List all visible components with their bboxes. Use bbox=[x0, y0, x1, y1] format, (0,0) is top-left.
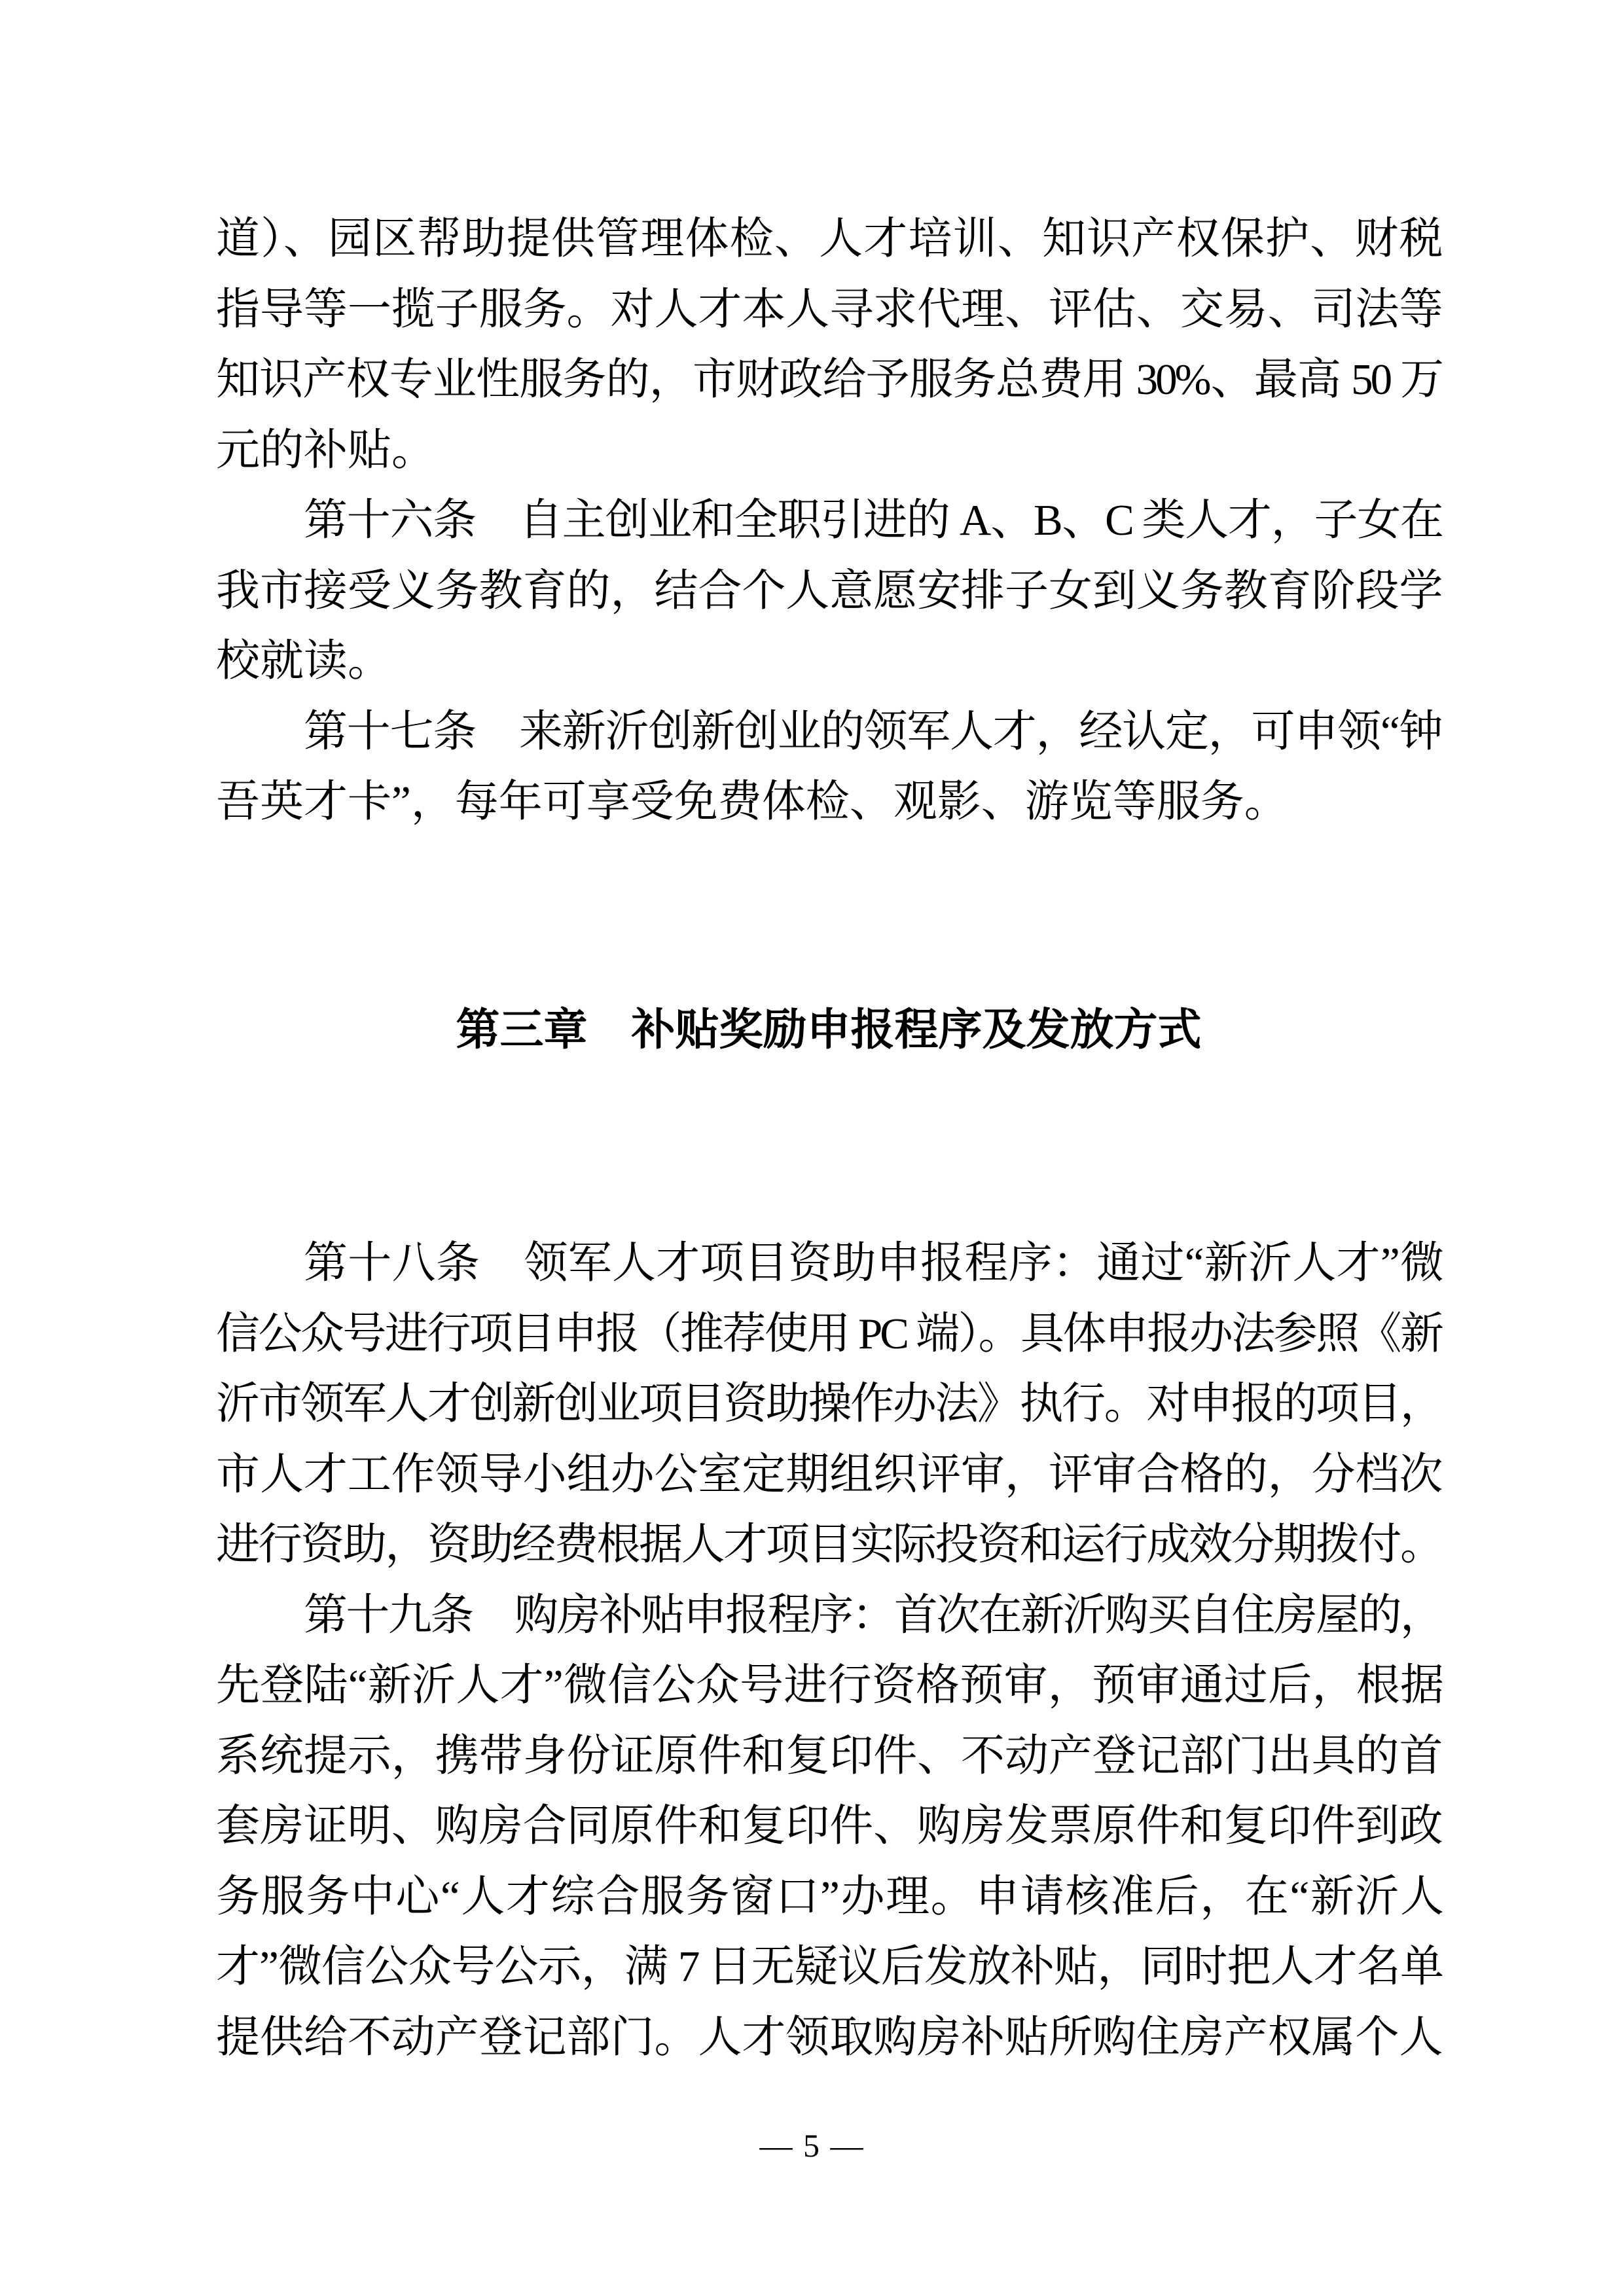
chapter-heading: 第三章 补贴奖励申报程序及发放方式 bbox=[216, 995, 1441, 1066]
text-line: 市人才工作领导小组办公室定期组织评审，评审合格的，分档次 bbox=[216, 1440, 1441, 1511]
text-line: 指导等一揽子服务。对人才本人寻求代理、评估、交易、司法等 bbox=[216, 275, 1441, 346]
document-body: 道）、园区帮助提供管理体检、人才培训、知识产权保护、财税 指导等一揽子服务。对人… bbox=[216, 0, 1441, 2073]
text-line: 务服务中心“人才综合服务窗口”办理。申请核准后，在“新沂人 bbox=[216, 1862, 1441, 1933]
text-line: 校就读。 bbox=[216, 626, 1441, 697]
text-line: 先登陆“新沂人才”微信公众号进行资格预审，预审通过后，根据 bbox=[216, 1651, 1441, 1721]
text-line: 信公众号进行项目申报（推荐使用 PC 端）。具体申报办法参照《新 bbox=[216, 1299, 1441, 1370]
text-line: 道）、园区帮助提供管理体检、人才培训、知识产权保护、财税 bbox=[216, 204, 1441, 275]
text-line: 知识产权专业性服务的，市财政给予服务总费用 30%、最高 50 万 bbox=[216, 345, 1441, 416]
text-line: 进行资助，资助经费根据人才项目实际投资和运行成效分期拨付。 bbox=[216, 1510, 1441, 1581]
document-page: 道）、园区帮助提供管理体检、人才培训、知识产权保护、财税 指导等一揽子服务。对人… bbox=[0, 0, 1624, 2296]
text-line: 我市接受义务教育的，结合个人意愿安排子女到义务教育阶段学 bbox=[216, 556, 1441, 627]
text-line: 系统提示，携带身份证原件和复印件、不动产登记部门出具的首 bbox=[216, 1721, 1441, 1792]
text-line: 吾英才卡”，每年可享受免费体检、观影、游览等服务。 bbox=[216, 767, 1441, 838]
text-line: 提供给不动产登记部门。人才领取购房补贴所购住房产权属个人 bbox=[216, 2003, 1441, 2073]
text-line-article-19: 第十九条 购房补贴申报程序：首次在新沂购买自住房屋的， bbox=[216, 1581, 1441, 1651]
text-line-article-17: 第十七条 来新沂创新创业的领军人才，经认定，可申领“钟 bbox=[216, 697, 1441, 768]
text-line-article-18: 第十八条 领军人才项目资助申报程序：通过“新沂人才”微 bbox=[216, 1229, 1441, 1299]
text-line: 才”微信公众号公示，满 7 日无疑议后发放补贴，同时把人才名单 bbox=[216, 1932, 1441, 2003]
text-line: 元的补贴。 bbox=[216, 416, 1441, 486]
text-line: 套房证明、购房合同原件和复印件、购房发票原件和复印件到政 bbox=[216, 1791, 1441, 1862]
page-number: — 5 — bbox=[0, 2126, 1624, 2165]
text-line-article-16: 第十六条 自主创业和全职引进的 A、B、C 类人才，子女在 bbox=[216, 486, 1441, 556]
text-line: 沂市领军人才创新创业项目资助操作办法》执行。对申报的项目， bbox=[216, 1369, 1441, 1440]
